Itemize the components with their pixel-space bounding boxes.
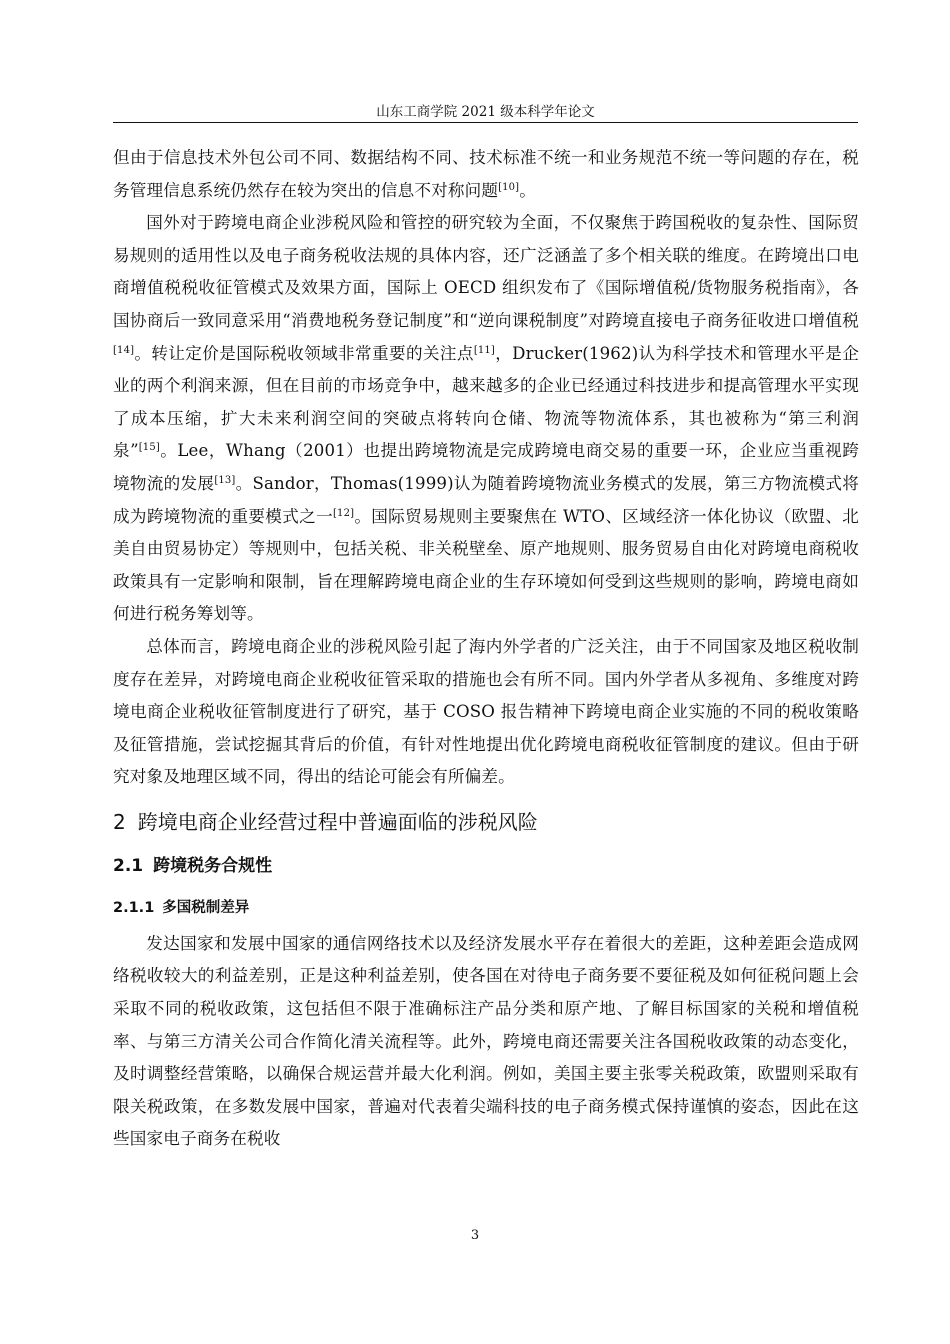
subsection-heading: 2.1.1多国税制差异 bbox=[113, 888, 859, 928]
citation-ref: [15] bbox=[139, 442, 160, 453]
citation-ref: [13] bbox=[214, 475, 235, 486]
section-heading: 2.1跨境税务合规性 bbox=[113, 844, 859, 888]
document-page: 山东工商学院 2021 级本科学年论文 但由于信息技术外包公司不同、数据结构不同… bbox=[0, 0, 950, 1344]
page-body: 但由于信息技术外包公司不同、数据结构不同、技术标准不统一和业务规范不统一等问题的… bbox=[113, 142, 859, 1156]
citation-ref: [14] bbox=[113, 345, 134, 356]
subsection-number: 2.1.1 bbox=[113, 900, 154, 916]
subsection-title: 多国税制差异 bbox=[162, 900, 249, 916]
chapter-number: 2 bbox=[113, 810, 126, 834]
chapter-title: 跨境电商企业经营过程中普遍面临的涉税风险 bbox=[138, 810, 538, 834]
citation-ref: [11] bbox=[474, 345, 495, 356]
section-title: 跨境税务合规性 bbox=[153, 856, 272, 876]
paragraph: 国外对于跨境电商企业涉税风险和管控的研究较为全面，不仅聚焦于跨国税收的复杂性、国… bbox=[113, 207, 859, 631]
paragraph: 总体而言，跨境电商企业的涉税风险引起了海内外学者的广泛关注，由于不同国家及地区税… bbox=[113, 631, 859, 794]
citation-ref: [10] bbox=[498, 182, 519, 193]
header-divider bbox=[113, 122, 858, 123]
section-number: 2.1 bbox=[113, 856, 143, 876]
section-paragraph: 发达国家和发展中国家的通信网络技术以及经济发展水平存在着很大的差距，这种差距会造… bbox=[113, 928, 859, 1156]
page-number: 3 bbox=[0, 1228, 950, 1243]
citation-ref: [12] bbox=[333, 508, 354, 519]
paragraph: 但由于信息技术外包公司不同、数据结构不同、技术标准不统一和业务规范不统一等问题的… bbox=[113, 142, 859, 207]
running-header: 山东工商学院 2021 级本科学年论文 bbox=[113, 104, 858, 120]
chapter-heading: 2跨境电商企业经营过程中普遍面临的涉税风险 bbox=[113, 800, 859, 844]
